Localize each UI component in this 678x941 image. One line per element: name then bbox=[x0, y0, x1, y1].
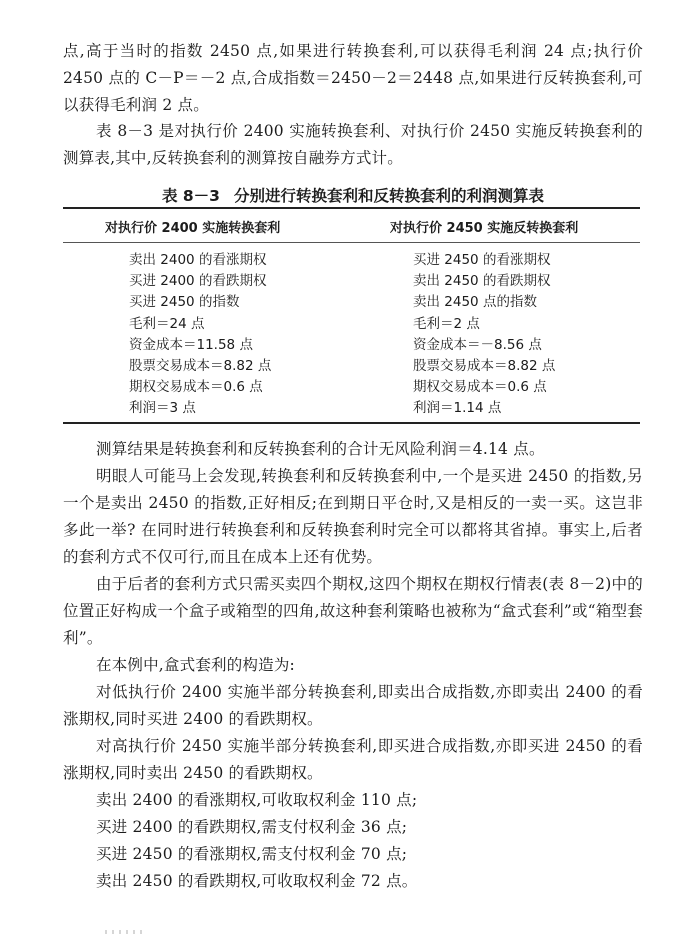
list-item: 买进 2450 的看涨期权,需支付权利金 70 点; bbox=[63, 841, 643, 868]
paragraph-box-spread: 由于后者的套利方式只需买卖四个期权,这四个期权在期权行情表(表 8－2)中的位置… bbox=[63, 571, 643, 652]
table-cell: 买进 2450 的看涨期权 bbox=[413, 250, 555, 271]
paragraph-observation: 明眼人可能马上会发现,转换套利和反转换套利中,一个是买进 2450 的指数,另一… bbox=[63, 463, 643, 571]
table-cell: 利润＝1.14 点 bbox=[413, 398, 555, 419]
paragraph-low-strike: 对低执行价 2400 实施半部分转换套利,即卖出合成指数,亦即卖出 2400 的… bbox=[63, 679, 643, 733]
table-cell: 期权交易成本＝0.6 点 bbox=[129, 377, 271, 398]
list-item: 买进 2400 的看跌期权,需支付权利金 36 点; bbox=[63, 814, 643, 841]
table-caption: 表 8－3分别进行转换套利和反转换套利的利润测算表 bbox=[63, 184, 643, 206]
table-cell: 资金成本＝11.58 点 bbox=[129, 335, 271, 356]
table-cell: 卖出 2450 的看跌期权 bbox=[413, 271, 555, 292]
intro-paragraph: 表 8－3 是对执行价 2400 实施转换套利、对执行价 2450 实施反转换套… bbox=[63, 118, 643, 172]
table-cell: 卖出 2450 点的指数 bbox=[413, 292, 555, 313]
list-item: 卖出 2400 的看涨期权,可收取权利金 110 点; bbox=[63, 787, 643, 814]
table-cell: 利润＝3 点 bbox=[129, 398, 271, 419]
paragraph-high-strike: 对高执行价 2450 实施半部分转换套利,即买进合成指数,亦即买进 2450 的… bbox=[63, 733, 643, 787]
table-column-conversion: 卖出 2400 的看涨期权 买进 2400 的看跌期权 买进 2450 的指数 … bbox=[129, 250, 271, 420]
paragraph-result: 测算结果是转换套利和反转换套利的合计无风险利润＝4.14 点。 bbox=[63, 436, 643, 463]
table-cell: 卖出 2400 的看涨期权 bbox=[129, 250, 271, 271]
table-cell: 期权交易成本＝0.6 点 bbox=[413, 377, 555, 398]
table-number: 表 8－3 bbox=[162, 187, 220, 205]
scan-artifact bbox=[105, 930, 145, 934]
table-column-reverse-conversion: 买进 2450 的看涨期权 卖出 2450 的看跌期权 卖出 2450 点的指数… bbox=[413, 250, 555, 420]
table-header-left: 对执行价 2400 实施转换套利 bbox=[105, 217, 280, 236]
table-cell: 股票交易成本＝8.82 点 bbox=[413, 356, 555, 377]
table-header-rule bbox=[63, 242, 640, 243]
table-cell: 毛利＝2 点 bbox=[413, 314, 555, 335]
table-cell: 毛利＝24 点 bbox=[129, 314, 271, 335]
table-cell: 股票交易成本＝8.82 点 bbox=[129, 356, 271, 377]
table-header-right: 对执行价 2450 实施反转换套利 bbox=[390, 217, 578, 236]
table-cell: 资金成本＝－8.56 点 bbox=[413, 335, 555, 356]
table-title: 分别进行转换套利和反转换套利的利润测算表 bbox=[234, 187, 544, 205]
paragraph-example: 在本例中,盒式套利的构造为: bbox=[63, 652, 643, 679]
top-paragraph: 点,高于当时的指数 2450 点,如果进行转换套利,可以获得毛利润 24 点;执… bbox=[63, 38, 643, 119]
table-cell: 买进 2400 的看跌期权 bbox=[129, 271, 271, 292]
body-text: 测算结果是转换套利和反转换套利的合计无风险利润＝4.14 点。 明眼人可能马上会… bbox=[63, 436, 643, 895]
table-cell: 买进 2450 的指数 bbox=[129, 292, 271, 313]
list-item: 卖出 2450 的看跌期权,可收取权利金 72 点。 bbox=[63, 868, 643, 895]
table-bottom-rule bbox=[63, 422, 640, 424]
table-top-rule bbox=[63, 207, 640, 209]
